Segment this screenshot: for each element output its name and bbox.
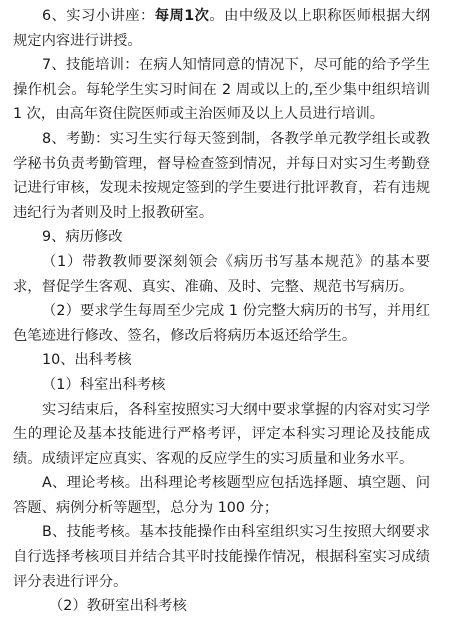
heading-department-assessment: （1）科室出科考核 bbox=[13, 373, 430, 398]
paragraph-record-revision-2: （2）要求学生每周至少完成 1 份完整大病历的书写，并用红色笔迹进行修改、签名，… bbox=[13, 299, 430, 348]
document-body: 6、实习小讲座：每周1次。由中级及以上职称医师根据大纲规定内容进行讲授。 7、技… bbox=[0, 0, 454, 619]
paragraph-record-revision-1: （1）带教教师要深刻领会《病历书写基本规范》的基本要求，督促学生客观、真实、准确… bbox=[13, 250, 430, 299]
paragraph-lecture: 6、实习小讲座：每周1次。由中级及以上职称医师根据大纲规定内容进行讲授。 bbox=[13, 4, 430, 53]
paragraph-attendance: 8、考勤：实习生实行每天签到制，各教学单元教学组长或教学秘书负责考勤管理，督导检… bbox=[13, 127, 430, 225]
paragraph-skill-exam: B、技能考核。基本技能操作由科室组织实习生按照大纲要求自行选择考核项目并结合其平… bbox=[13, 520, 430, 594]
heading-teaching-office-assessment: （2）教研室出科考核 bbox=[13, 594, 430, 619]
heading-record-revision: 9、病历修改 bbox=[13, 225, 430, 250]
heading-exit-assessment: 10、出科考核 bbox=[13, 348, 430, 373]
paragraph-skill-training: 7、技能培训：在病人知情同意的情况下，尽可能的给予学生操作机会。每轮学生实习时间… bbox=[13, 53, 430, 127]
lecture-prefix: 6、实习小讲座： bbox=[42, 8, 155, 24]
paragraph-department-assessment: 实习结束后，各科室按照实习大纲中要求掌握的内容对实习学生的理论及基本技能进行严格… bbox=[13, 398, 430, 472]
lecture-frequency: 每周1次 bbox=[155, 8, 210, 24]
paragraph-theory-exam: A、理论考核。出科理论考核题型应包括选择题、填空题、问答题、病例分析等题型，总分… bbox=[13, 471, 430, 520]
